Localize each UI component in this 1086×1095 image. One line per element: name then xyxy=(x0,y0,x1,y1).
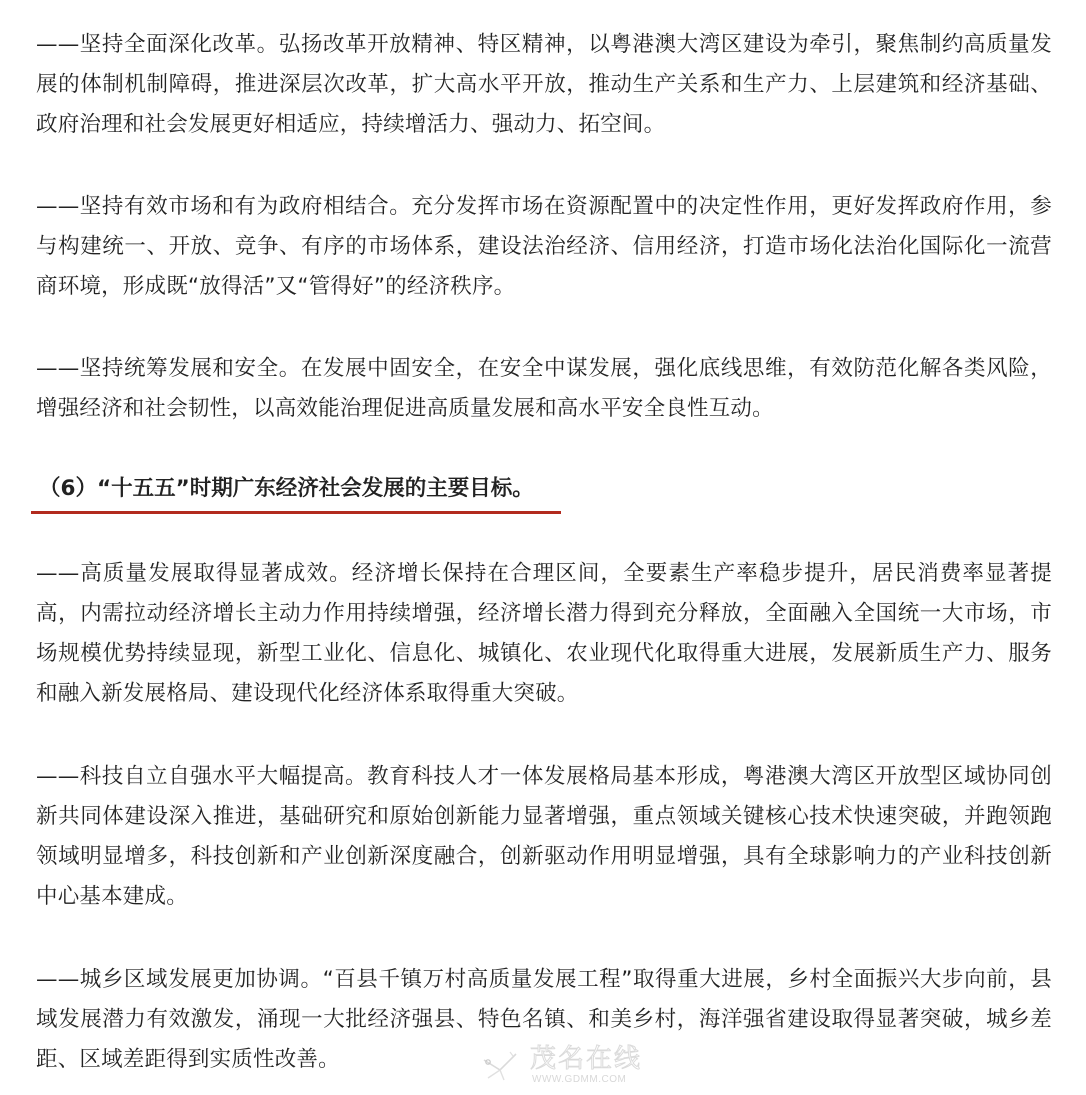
paragraph-high-quality-development: ——高质量发展取得显著成效。经济增长保持在合理区间，全要素生产率稳步提升，居民消… xyxy=(36,554,1052,714)
paragraph-market-and-government: ——坚持有效市场和有为政府相结合。充分发挥市场在资源配置中的决定性作用，更好发挥… xyxy=(36,187,1052,307)
paragraph-urban-rural-coordination: ——城乡区域发展更加协调。“百县千镇万村高质量发展工程”取得重大进展，乡村全面振… xyxy=(36,960,1052,1080)
paragraph-development-and-security: ——坚持统筹发展和安全。在发展中固安全，在安全中谋发展，强化底线思维，有效防范化… xyxy=(36,349,1052,429)
section-heading-block: （6）“十五五”时期广东经济社会发展的主要目标。 xyxy=(31,470,561,514)
section-heading: （6）“十五五”时期广东经济社会发展的主要目标。 xyxy=(31,470,561,508)
paragraph-sci-tech-self-reliance: ——科技自立自强水平大幅提高。教育科技人才一体发展格局基本形成，粤港澳大湾区开放… xyxy=(36,757,1052,917)
paragraph-deepen-reform: ——坚持全面深化改革。弘扬改革开放精神、特区精神，以粤港澳大湾区建设为牵引，聚焦… xyxy=(36,25,1052,145)
